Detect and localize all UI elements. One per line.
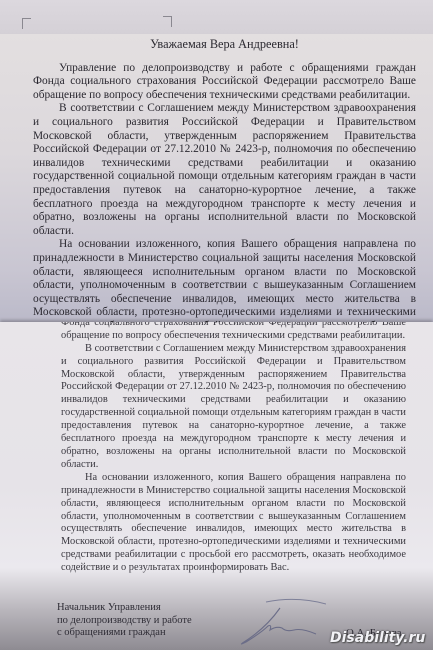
letter-page-upper: Уважаемая Вера Андреевна! Управление по … bbox=[0, 34, 433, 328]
greeting: Уважаемая Вера Андреевна! bbox=[33, 38, 416, 52]
handwritten-signature-icon bbox=[236, 598, 326, 648]
paragraph-1-copy: Фонда социального страхования Российской… bbox=[61, 322, 406, 343]
corner-mark-right bbox=[163, 16, 172, 27]
paragraph-1: Управление по делопроизводству и работе … bbox=[33, 62, 416, 103]
corner-mark-left bbox=[22, 18, 31, 29]
signature-title: Начальник Управления по делопроизводству… bbox=[57, 602, 192, 640]
paragraph-3-copy: На основании изложенного, копия Вашего о… bbox=[61, 472, 406, 575]
signature-title-line-2: по делопроизводству и работе bbox=[57, 615, 192, 628]
letter-body-copy: Управление по делопроизводству и работе … bbox=[61, 322, 406, 575]
signature-title-line-3: с обращениями граждан bbox=[57, 627, 192, 640]
signature-title-line-1: Начальник Управления bbox=[57, 602, 192, 615]
letter-body: Уважаемая Вера Андреевна! Управление по … bbox=[33, 34, 416, 328]
letter-page-lower: Управление по делопроизводству и работе … bbox=[0, 322, 433, 650]
paragraph-3: На основании изложенного, копия Вашего о… bbox=[33, 238, 416, 328]
top-paper-strip bbox=[0, 0, 433, 36]
watermark: Disability.ru bbox=[330, 630, 425, 646]
paragraph-2-copy: В соответствии с Соглашением между Минис… bbox=[61, 343, 406, 472]
paragraph-2: В соответствии с Соглашением между Минис… bbox=[33, 102, 416, 238]
